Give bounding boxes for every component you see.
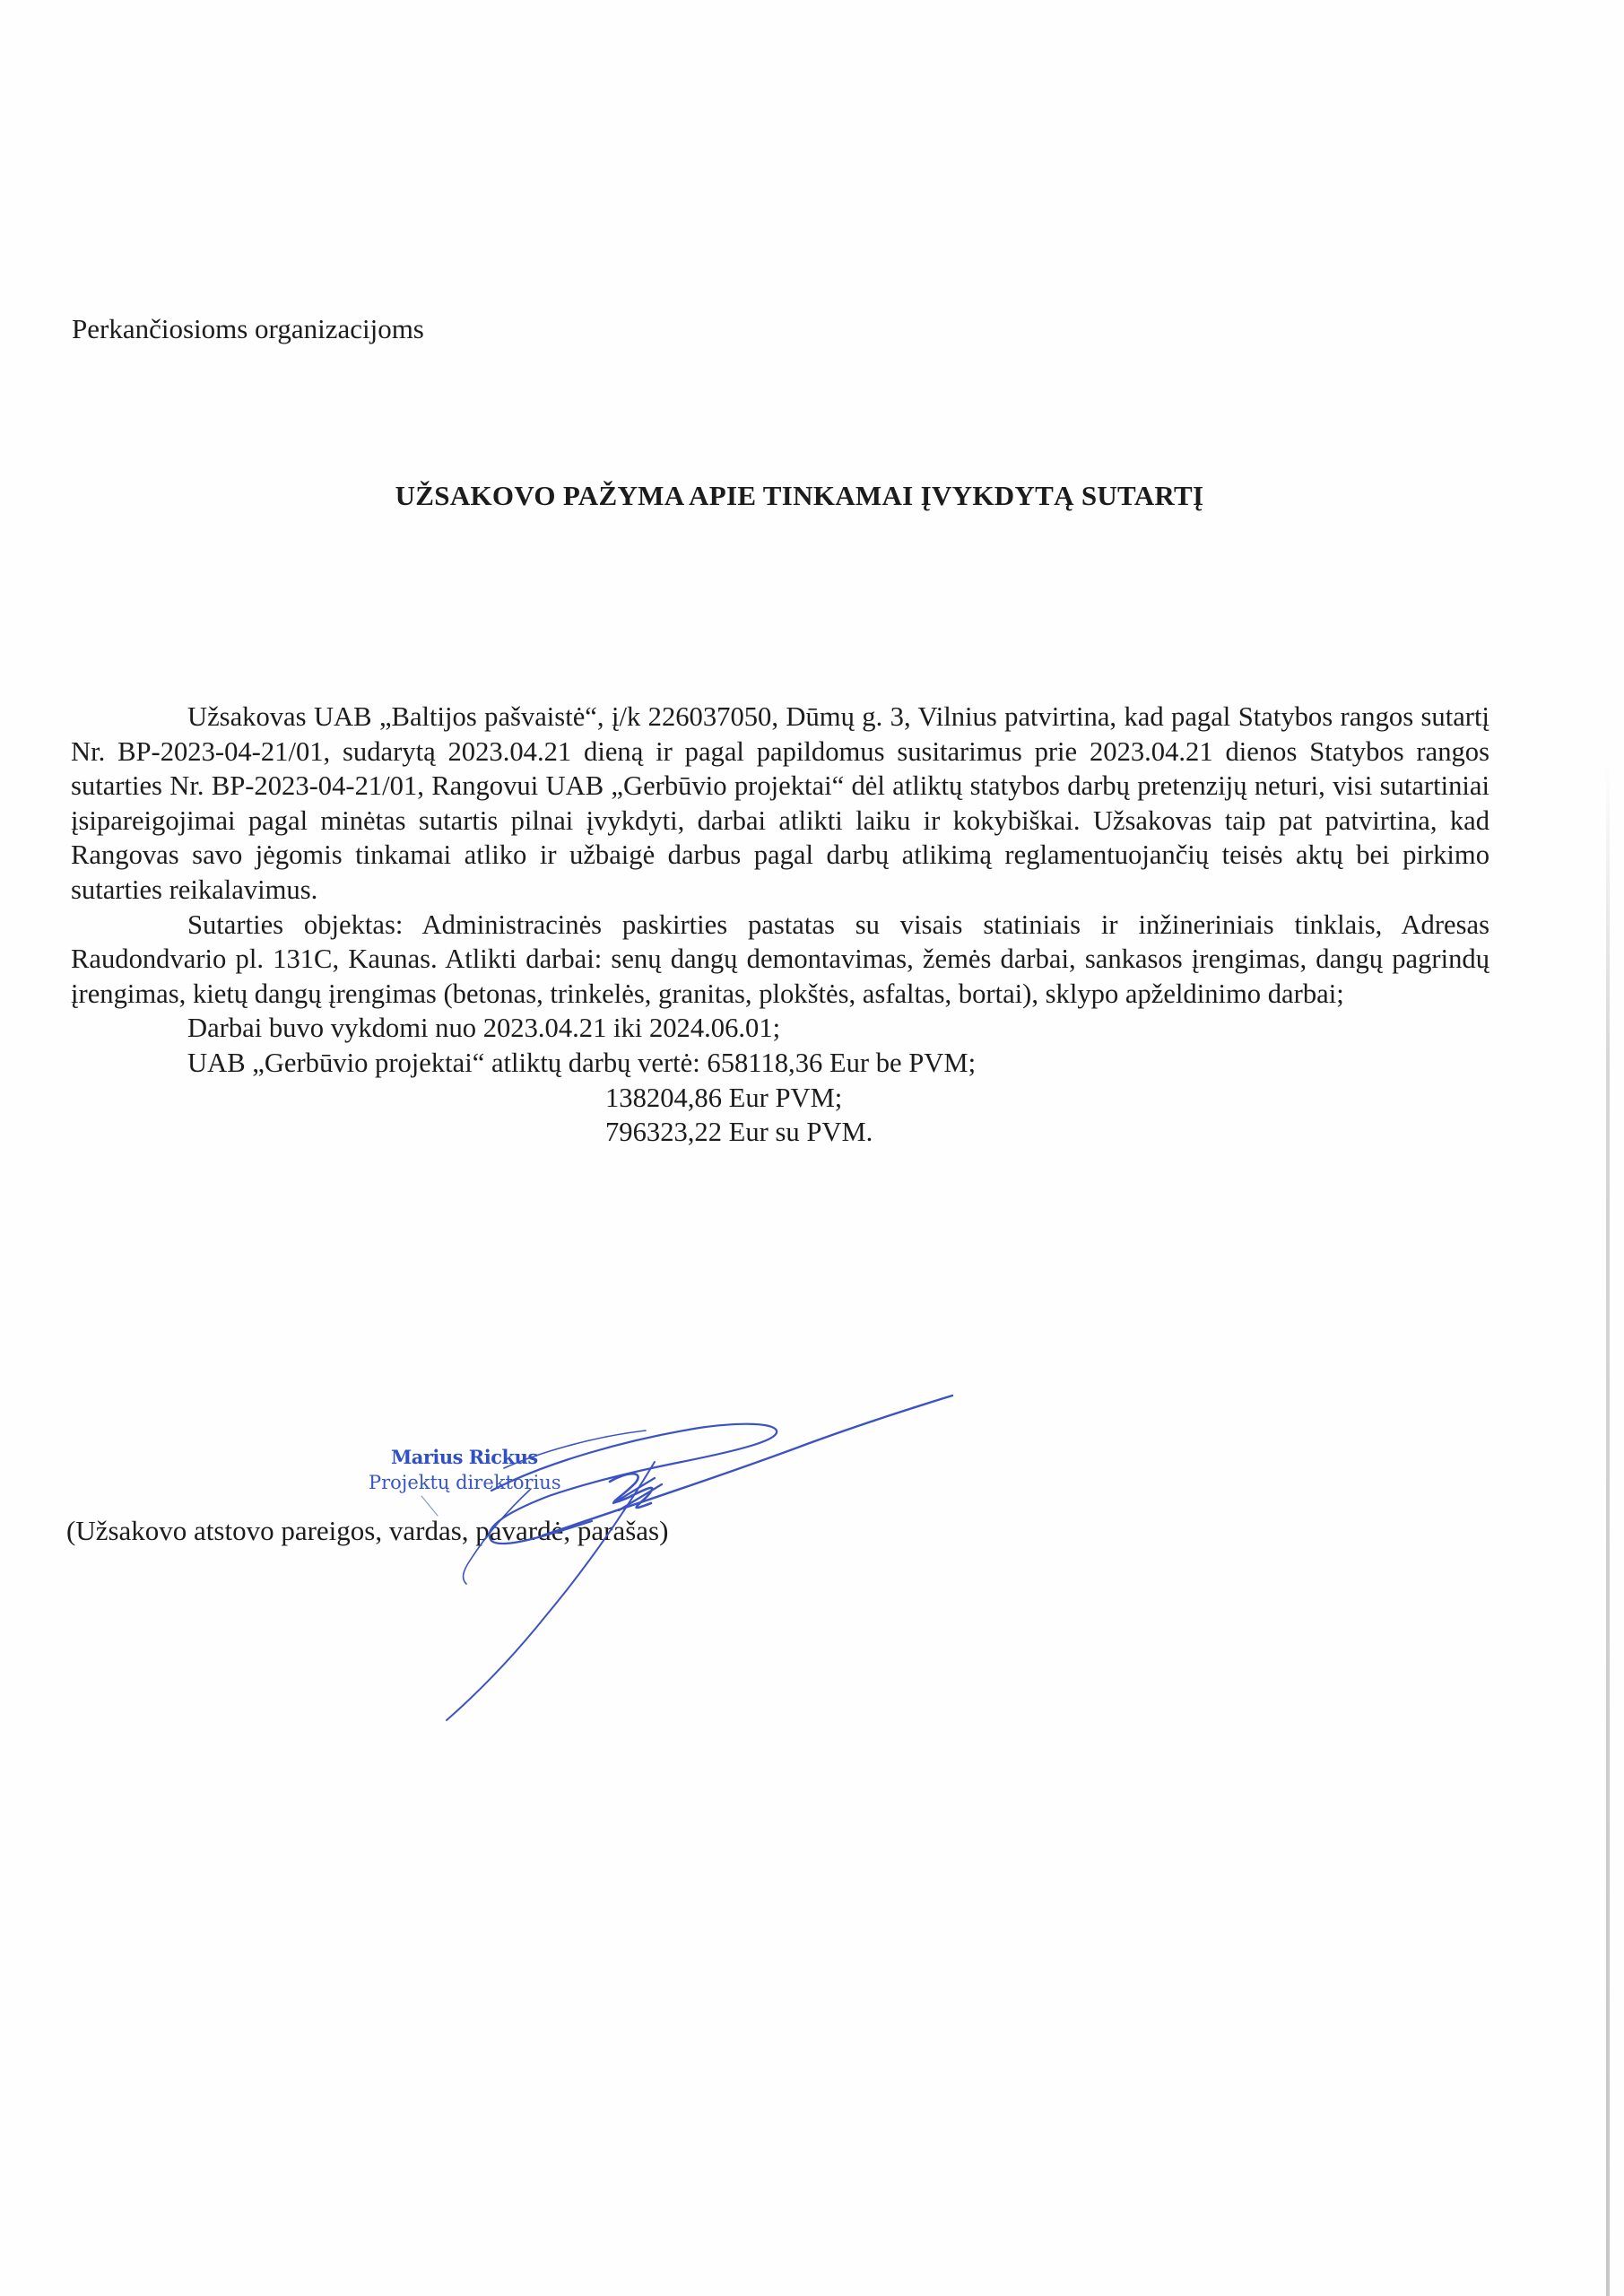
- paragraph-contract-object: Sutarties objektas: Administracinės pask…: [71, 908, 1489, 1012]
- stamp-name: Marius Rickus: [391, 1446, 538, 1468]
- work-value-line: UAB „Gerbūvio projektai“ atliktų darbų v…: [71, 1046, 1489, 1081]
- addressee-line: Perkančiosioms organizacijoms: [72, 312, 424, 346]
- paragraph-confirmation: Užsakovas UAB „Baltijos pašvaistė“, į/k …: [71, 700, 1489, 908]
- document-page: Perkančiosioms organizacijoms UŽSAKOVO P…: [0, 0, 1624, 2296]
- total-amount-line: 796323,22 Eur su PVM.: [71, 1115, 1489, 1150]
- stamp-position: Projektų direktorius: [369, 1472, 561, 1493]
- scan-edge-shadow: [1606, 762, 1610, 2296]
- vat-amount-line: 138204,86 Eur PVM;: [71, 1081, 1489, 1116]
- work-period-line: Darbai buvo vykdomi nuo 2023.04.21 iki 2…: [71, 1011, 1489, 1046]
- signature-caption: (Užsakovo atstovo pareigos, vardas, pava…: [66, 1514, 668, 1548]
- document-body: Užsakovas UAB „Baltijos pašvaistė“, į/k …: [71, 700, 1489, 1150]
- document-title: UŽSAKOVO PAŽYMA APIE TINKAMAI ĮVYKDYTĄ S…: [0, 479, 1624, 513]
